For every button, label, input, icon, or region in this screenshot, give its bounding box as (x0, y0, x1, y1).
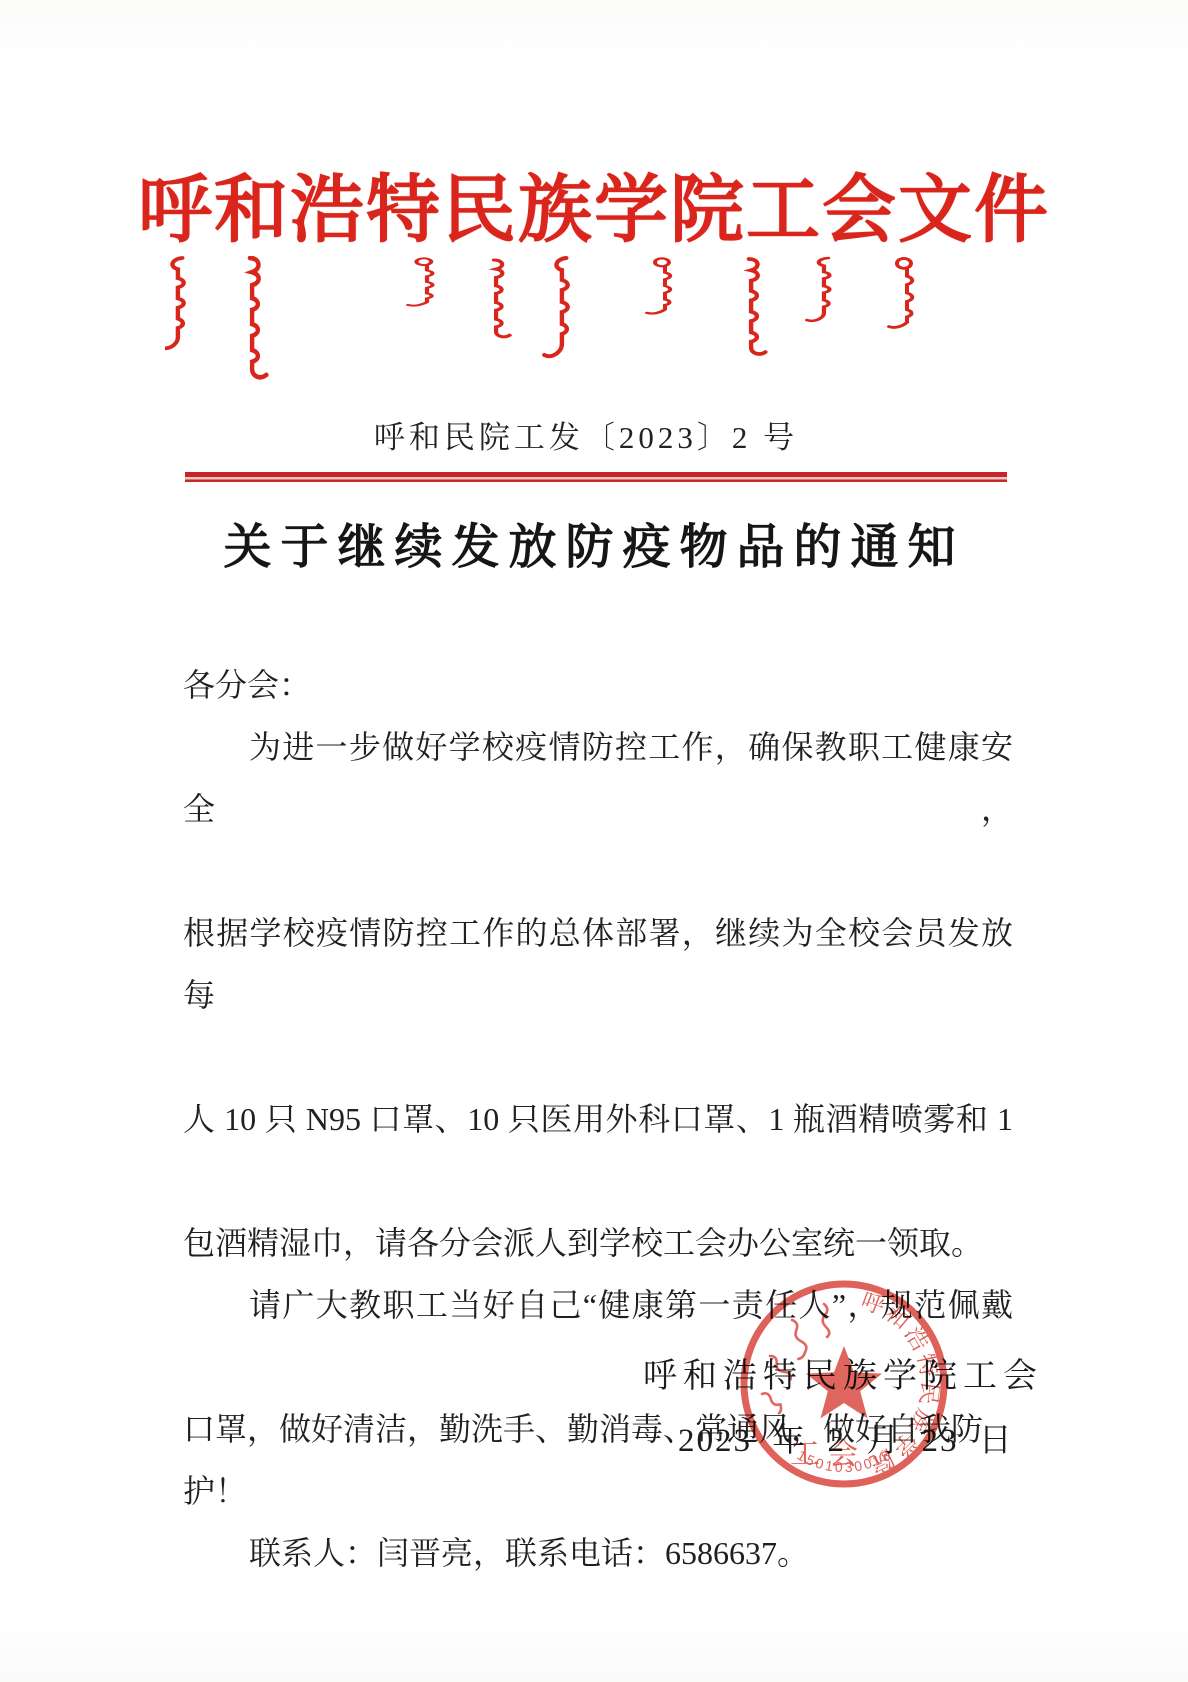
body-line: 根据学校疫情防控工作的总体部署，继续为全校会员发放每 (183, 902, 1013, 1088)
mongolian-script-row (165, 256, 955, 384)
seal-star-icon (806, 1346, 882, 1418)
body-line: 为进一步做好学校疫情防控工作，确保教职工健康安全， (183, 716, 1013, 902)
doc-number: 呼和民院工发〔2023〕2 号 (0, 412, 1172, 457)
document-page: 呼和浩特民族学院工会文件 呼和民院工发〔2023〕2 号 关于继续发放防疫物品的… (0, 0, 1188, 1682)
official-seal: 呼和浩特民族学院 工会 1501030018297 (728, 1268, 960, 1500)
salutation: 各分会： (183, 654, 1013, 716)
doc-title: 关于继续发放防疫物品的通知 (0, 508, 1188, 577)
body-line: 人 10 只 N95 口罩、10 只医用外科口罩、1 瓶酒精喷雾和 1 (183, 1088, 1013, 1212)
letterhead-title: 呼和浩特民族学院工会文件 (0, 168, 1188, 254)
red-separator-rule (185, 472, 1007, 482)
contact-line: 联系人：闫晋亮，联系电话：6586637。 (183, 1522, 1013, 1584)
body-line: 包酒精湿巾，请各分会派人到学校工会办公室统一领取。 (183, 1212, 1013, 1274)
